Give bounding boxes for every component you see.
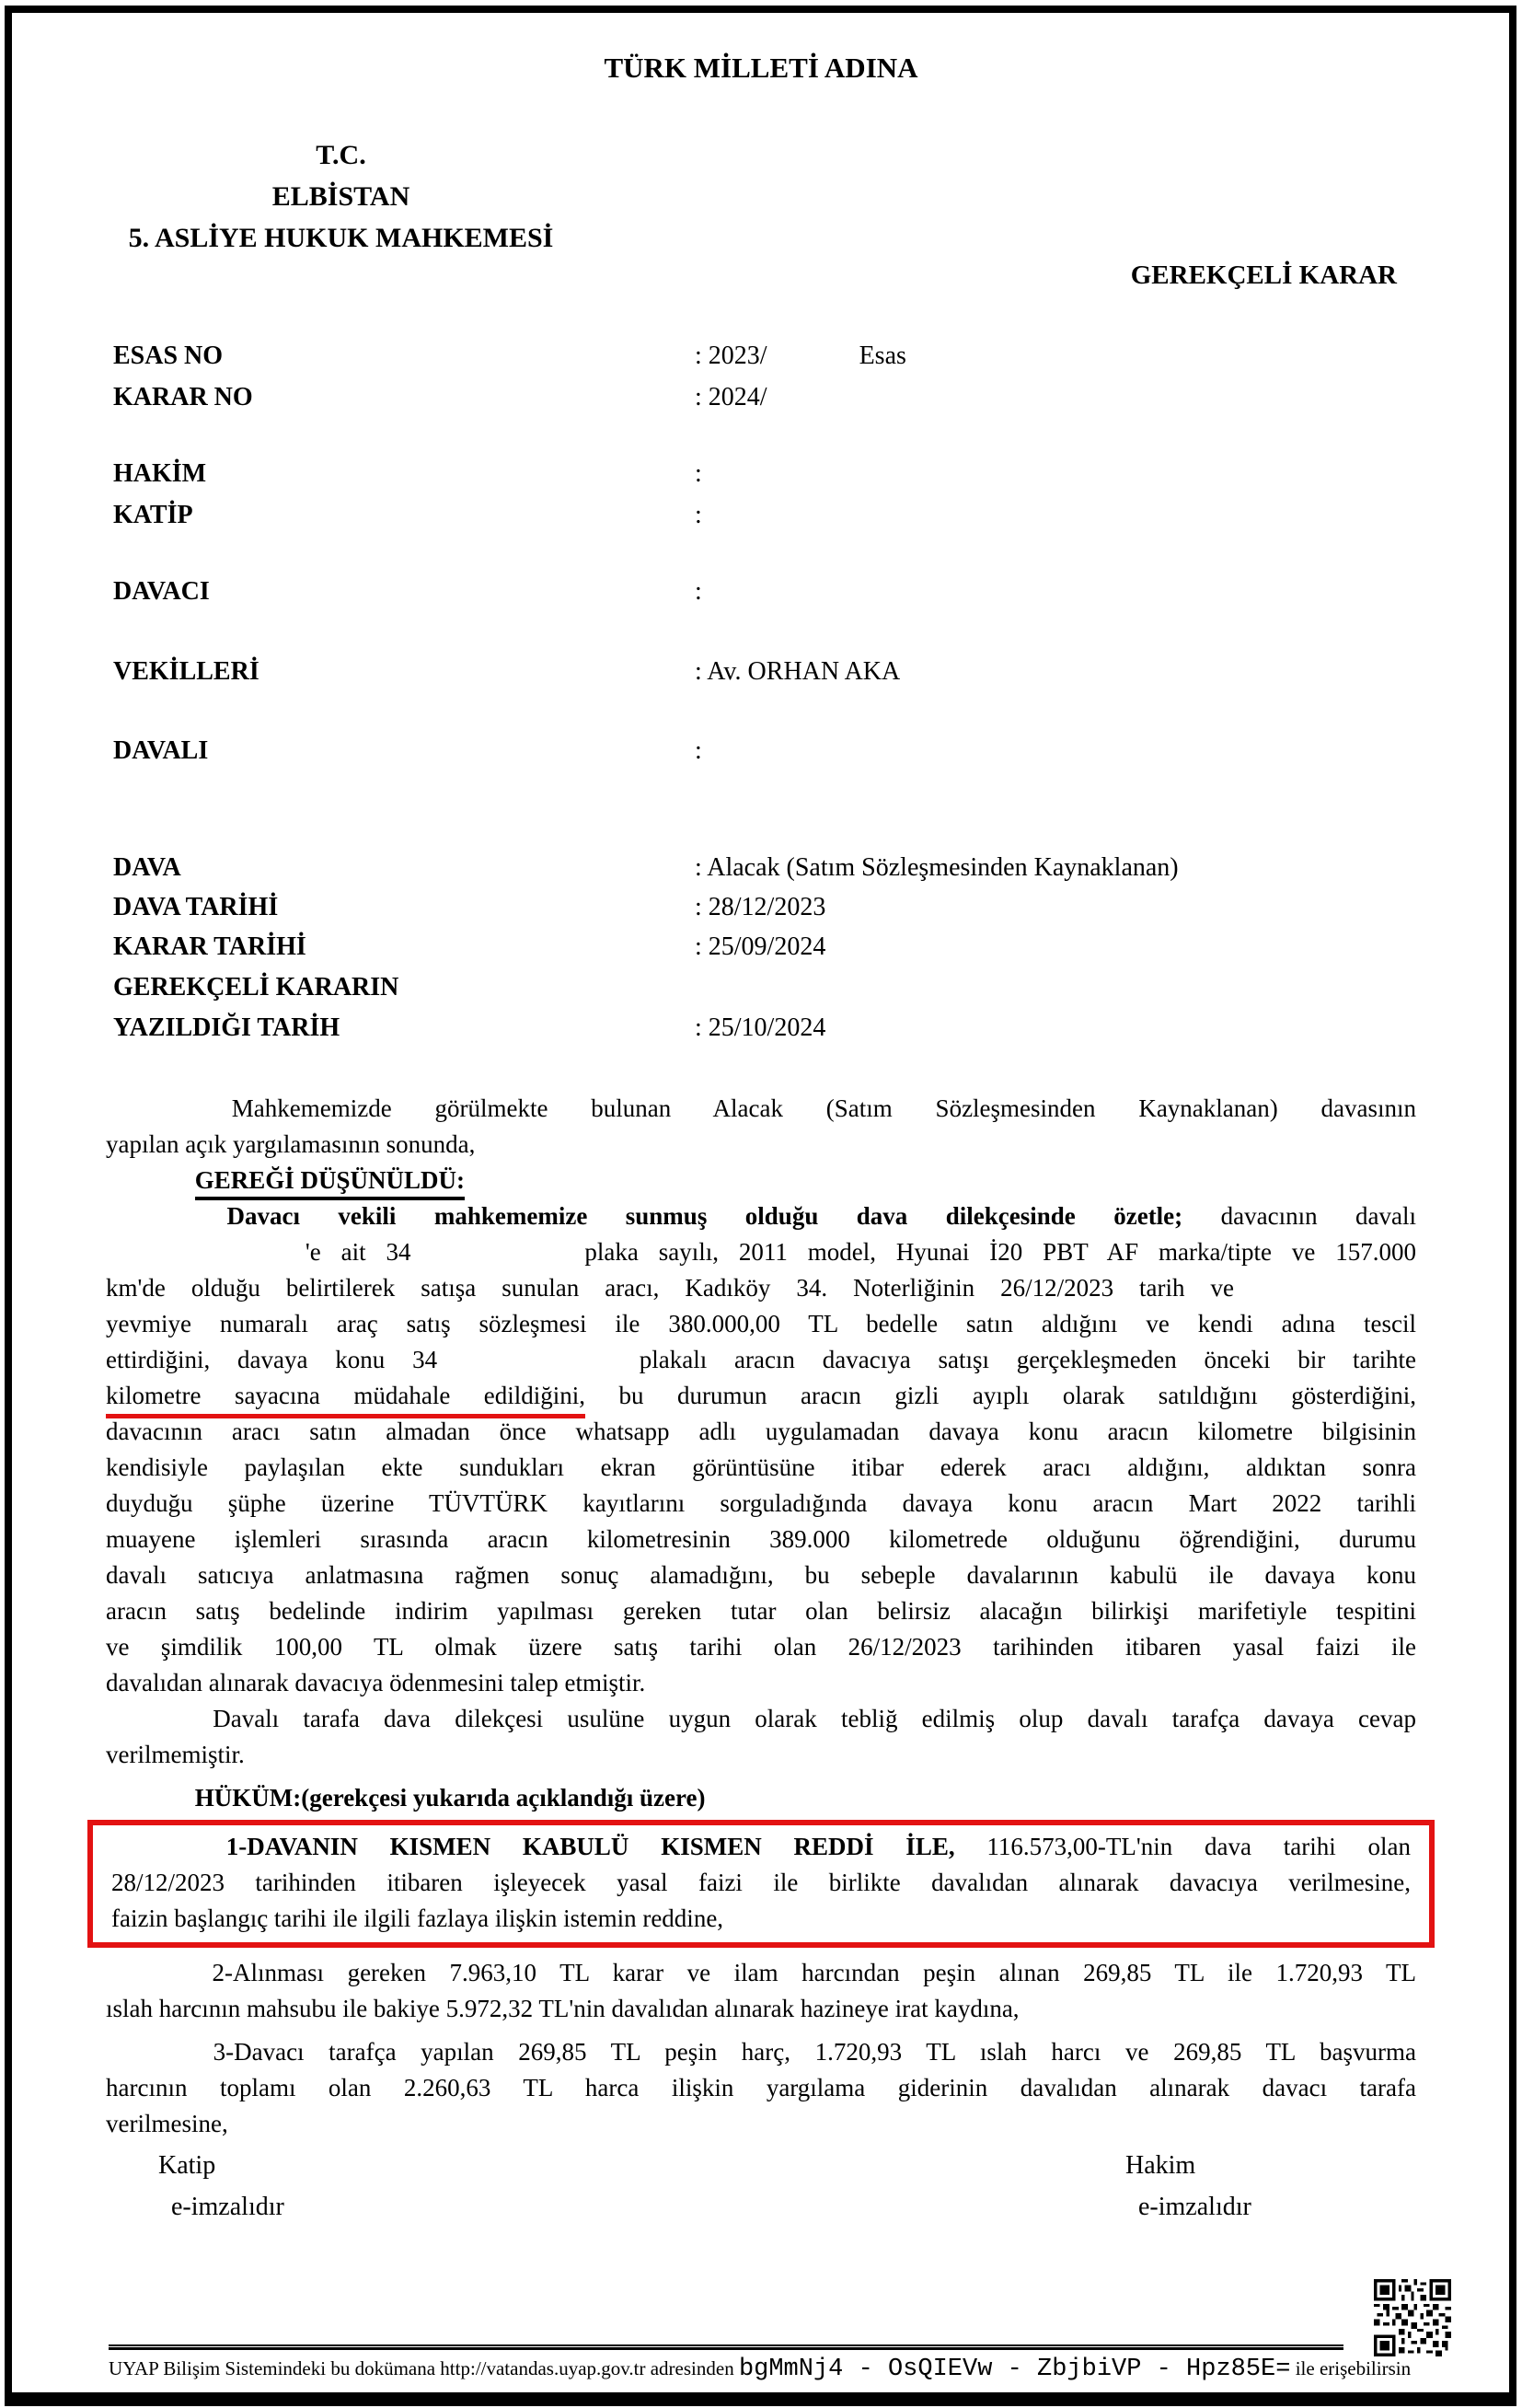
document-line: muayene işlemleri sırasında aracın kilom… [106,1522,1416,1557]
document-line: davalıdan alınarak davacıya ödenmesini t… [106,1665,1416,1701]
field-value: : 2023/Esas [695,342,906,371]
text-segment: Mahkememizde görülmekte bulunan Alacak (… [232,1094,1416,1122]
court-chamber: 5. ASLİYE HUKUK MAHKEMESİ [109,217,573,259]
dava-dilekcesi-paragraph: Davacı vekili mahkememize sunmuş olduğu … [106,1198,1416,1701]
document-line: yapılan açık yargılamasının sonunda, [106,1127,1416,1163]
redaction-gap [106,1979,189,1981]
field-row-davali: DAVALI : [113,736,1416,773]
text-segment: plakalı aracın davacıya satışı gerçekleş… [640,1346,1416,1373]
text-segment: muayene işlemleri sırasında aracın kilom… [106,1525,1416,1553]
redaction-gap [111,1853,194,1855]
redaction-gap [106,2058,189,2060]
hukum-heading: HÜKÜM:(gerekçesi yukarıda açıklandığı üz… [106,1780,1416,1816]
text-segment: davalı satıcıya anlatmasına rağmen sonuç… [106,1561,1416,1589]
document-line: HÜKÜM:(gerekçesi yukarıda açıklandığı üz… [106,1780,1416,1816]
document-line: Davalı tarafa dava dilekçesi usulüne uyg… [106,1701,1416,1737]
field-label: GEREKÇELİ KARARIN [113,973,398,1001]
court-country: T.C. [109,134,573,176]
document-line: ıslah harcının mahsubu ile bakiye 5.972,… [106,1991,1416,2027]
footer-access-code: bgMmNj4 - OsQIEVw - ZbjbiVP - Hpz85E= [739,2356,1291,2383]
field-label: DAVA TARİHİ [113,893,278,921]
field-value-text: Esas [859,342,906,370]
field-row-karar-tarihi: KARAR TARİHİ : 25/09/2024 [113,932,1416,969]
text-segment: ettirdiğini, davaya konu 34 [106,1346,437,1373]
field-label: DAVALI [113,736,208,765]
field-value: : [695,501,702,530]
redaction-gap [106,1187,189,1188]
text-segment: 116.573,00-TL'nin dava tarihi olan [986,1833,1411,1860]
document-line: verilmesine, [106,2106,1416,2142]
text-segment: davacının davalı [1221,1202,1416,1230]
field-value: : 25/09/2024 [695,932,825,962]
footer-access-note: UYAP Bilişim Sistemindeki bu dokümana ht… [109,2353,1434,2387]
document-body: Mahkememizde görülmekte bulunan Alacak (… [106,1091,1416,2142]
text-segment: plaka sayılı, 2011 model, Hyunai İ20 PBT… [584,1238,1416,1266]
field-value: : [695,736,702,766]
document-line: 28/12/2023 tarihinden itibaren işleyecek… [111,1865,1411,1901]
field-label: KATİP [113,501,193,529]
field-row-davaci: DAVACI : [113,577,1416,614]
redaction-gap [106,1258,285,1260]
field-value: : [695,459,702,489]
text-segment: yevmiye numaralı araç satış sözleşmesi i… [106,1310,1416,1337]
redaction-gap [767,362,859,364]
text-segment: Davalı tarafa dava dilekçesi usulüne uyg… [213,1705,1416,1732]
document-line: GEREĞİ DÜŞÜNÜLDÜ: [106,1163,1416,1198]
field-label: KARAR TARİHİ [113,932,306,961]
text-segment: duyduğu şüphe üzerine TÜVTÜRK kayıtların… [106,1489,1416,1517]
redaction-gap [1260,1294,1416,1296]
redaction-gap [465,1366,612,1368]
field-row-dava-tarihi: DAVA TARİHİ : 28/12/2023 [113,893,1416,930]
field-label: VEKİLLERİ [113,657,259,686]
field-label: HAKİM [113,459,206,488]
hukum-item-3: 3-Davacı tarafça yapılan 269,85 TL peşin… [106,2034,1416,2142]
text-segment: kilometre sayacına müdahale edildiğini, [106,1382,585,1418]
document-motto: TÜRK MİLLETİ ADINA [0,52,1522,85]
court-decision-page: TÜRK MİLLETİ ADINA T.C. ELBİSTAN 5. ASLİ… [0,0,1522,2408]
court-name-block: T.C. ELBİSTAN 5. ASLİYE HUKUK MAHKEMESİ [109,134,573,259]
document-line: 'e ait 34 plaka sayılı, 2011 model, Hyun… [106,1234,1416,1270]
text-segment: aracın satış bedelinde indirim yapılması… [106,1597,1416,1625]
field-label: YAZILDIĞI TARİH [113,1013,340,1042]
field-row-dava: DAVA : Alacak (Satım Sözleşmesinden Kayn… [113,853,1416,890]
document-line: 1-DAVANIN KISMEN KABULÜ KISMEN REDDİ İLE… [111,1829,1411,1865]
document-line: Davacı vekili mahkememize sunmuş olduğu … [106,1198,1416,1234]
signature-role: Katip [158,2145,284,2186]
document-line: kendisiyle paylaşılan ekte sundukları ek… [106,1450,1416,1486]
text-segment: 2-Alınması gereken 7.963,10 TL karar ve … [213,1959,1416,1986]
text-segment: 28/12/2023 tarihinden itibaren işleyecek… [111,1869,1411,1896]
text-segment: 1-DAVANIN KISMEN KABULÜ KISMEN REDDİ İLE… [226,1833,955,1860]
qr-code [1374,2279,1451,2356]
signature-role: Hakim [1125,2145,1251,2186]
footer-prefix: UYAP Bilişim Sistemindeki bu dokümana ht… [109,2357,739,2379]
signature-block-judge: Hakim e-imzalıdır [1125,2145,1251,2228]
field-row-vekilleri: VEKİLLERİ : Av. ORHAN AKA [113,657,1416,694]
text-segment: HÜKÜM:(gerekçesi yukarıda açıklandığı üz… [195,1784,706,1812]
field-row-hakim: HAKİM : [113,459,1416,496]
field-row-esas-no: ESAS NO : 2023/Esas [113,342,1416,378]
text-segment: 'e ait 34 [306,1238,411,1266]
intro-paragraph: Mahkememizde görülmekte bulunan Alacak (… [106,1091,1416,1163]
field-row-karar-no: KARAR NO : 2024/ [113,383,1416,420]
document-line: 3-Davacı tarafça yapılan 269,85 TL peşin… [106,2034,1416,2070]
field-value: : 28/12/2023 [695,893,825,922]
text-segment: 3-Davacı tarafça yapılan 269,85 TL peşin… [213,2038,1416,2066]
field-value: : [695,577,702,607]
text-segment: verilmesine, [106,2110,228,2137]
field-label: DAVA [113,853,181,882]
document-line: ettirdiğini, davaya konu 34 plakalı arac… [106,1342,1416,1378]
text-segment: kendisiyle paylaşılan ekte sundukları ek… [106,1453,1416,1481]
field-value-text: : 2023/ [695,342,767,370]
document-line: davalı satıcıya anlatmasına rağmen sonuç… [106,1557,1416,1593]
field-row-katip: KATİP : [113,501,1416,538]
text-segment: verilmemiştir. [106,1741,245,1768]
document-line: km'de olduğu belirtilerek satışa sunulan… [106,1270,1416,1306]
document-line: yevmiye numaralı araç satış sözleşmesi i… [106,1306,1416,1342]
teblig-paragraph: Davalı tarafa dava dilekçesi usulüne uyg… [106,1701,1416,1773]
court-city: ELBİSTAN [109,176,573,217]
text-segment: faizin başlangıç tarihi ile ilgili fazla… [111,1904,723,1932]
field-value: : 2024/ [695,383,767,412]
redaction-gap [106,1725,189,1727]
document-line: duyduğu şüphe üzerine TÜVTÜRK kayıtların… [106,1486,1416,1522]
field-row-yazildigi-tarih: YAZILDIĞI TARİH : 25/10/2024 [113,1013,1416,1050]
footer-suffix: ile erişebilirsin [1290,2357,1411,2379]
redaction-gap [106,1222,189,1224]
geregi-dusunuldu-heading: GEREĞİ DÜŞÜNÜLDÜ: [106,1163,1416,1198]
footer-divider [109,2344,1343,2350]
text-segment: ve şimdilik 100,00 TL olmak üzere satış … [106,1633,1416,1661]
document-line: ve şimdilik 100,00 TL olmak üzere satış … [106,1629,1416,1665]
text-segment: davacının aracı satın almadan önce whats… [106,1418,1416,1445]
redaction-gap [431,1258,564,1260]
field-label: KARAR NO [113,383,253,411]
document-line: verilmemiştir. [106,1737,1416,1773]
document-line: harcının toplamı olan 2.260,63 TL harca … [106,2070,1416,2106]
redaction-gap [106,1115,189,1117]
document-line: davacının aracı satın almadan önce whats… [106,1414,1416,1450]
text-segment: km'de olduğu belirtilerek satışa sunulan… [106,1274,1234,1302]
field-value: : Av. ORHAN AKA [695,657,900,687]
document-line: kilometre sayacına müdahale edildiğini, … [106,1378,1416,1414]
signature-note: e-imzalıdır [158,2186,284,2228]
text-segment: davalıdan alınarak davacıya ödenmesini t… [106,1669,645,1696]
redaction-gap [106,1804,189,1806]
signature-note: e-imzalıdır [1125,2186,1251,2228]
field-value: : Alacak (Satım Sözleşmesinden Kaynaklan… [695,853,1179,883]
text-segment: ıslah harcının mahsubu ile bakiye 5.972,… [106,1995,1020,2022]
document-line: aracın satış bedelinde indirim yapılması… [106,1593,1416,1629]
text-segment: yapılan açık yargılamasının sonunda, [106,1130,475,1158]
text-segment: harcının toplamı olan 2.260,63 TL harca … [106,2074,1416,2101]
field-label: ESAS NO [113,342,223,370]
hukum-item-1: 1-DAVANIN KISMEN KABULÜ KISMEN REDDİ İLE… [87,1820,1435,1948]
document-line: 2-Alınması gereken 7.963,10 TL karar ve … [106,1955,1416,1991]
signature-block-clerk: Katip e-imzalıdır [158,2145,284,2228]
text-segment: Davacı vekili mahkememize sunmuş olduğu … [226,1202,1182,1230]
document-type-label: GEREKÇELİ KARAR [1131,260,1397,291]
text-segment: GEREĞİ DÜŞÜNÜLDÜ: [195,1166,465,1200]
field-value: : 25/10/2024 [695,1013,825,1043]
field-label: DAVACI [113,577,210,606]
document-line: faizin başlangıç tarihi ile ilgili fazla… [111,1901,1411,1937]
field-row-gerekceli-kararin: GEREKÇELİ KARARIN [113,973,1416,1010]
hukum-item-2: 2-Alınması gereken 7.963,10 TL karar ve … [106,1955,1416,2027]
document-line: Mahkememizde görülmekte bulunan Alacak (… [106,1091,1416,1127]
text-segment: bu durumun aracın gizli ayıplı olarak sa… [619,1382,1416,1409]
